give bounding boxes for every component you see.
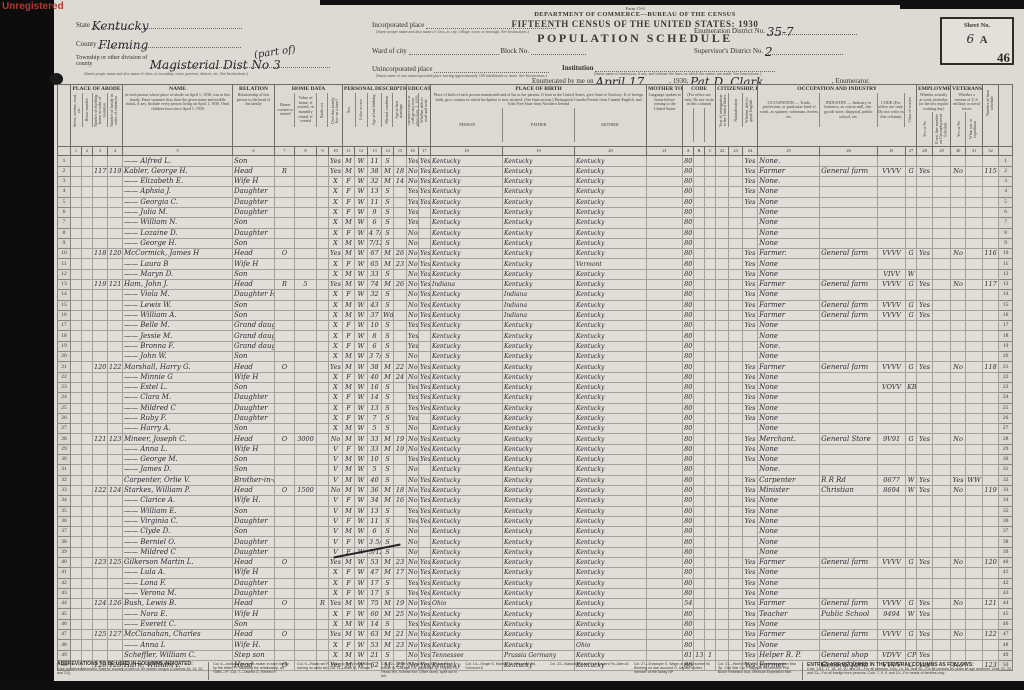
table-cell: [295, 424, 317, 434]
table-cell: [694, 310, 705, 320]
table-cell: No: [407, 249, 419, 259]
table-cell: Yes: [419, 187, 431, 197]
table-cell: [394, 547, 407, 557]
table-cell: [820, 444, 878, 454]
table-cell: Kentucky: [575, 619, 647, 629]
table-cell: Daughter: [233, 588, 275, 598]
table-cell: S: [382, 290, 394, 300]
table-cell: [729, 434, 743, 444]
table-cell: Kentucky: [503, 444, 575, 454]
table-cell: None: [758, 403, 820, 413]
table-cell: 26: [394, 279, 407, 289]
column-number: 18: [431, 147, 503, 156]
table-cell: [647, 444, 683, 454]
table-cell: [729, 372, 743, 382]
table-cell: [906, 177, 917, 187]
table-cell: 32: [999, 475, 1013, 485]
column-number: 17: [419, 147, 431, 156]
table-cell: [966, 465, 983, 475]
table-cell: Kentucky: [431, 207, 503, 217]
table-cell: Wife H: [233, 259, 275, 269]
table-cell: [917, 269, 933, 279]
table-cell: Yes: [743, 403, 758, 413]
table-cell: S: [382, 269, 394, 279]
table-cell: [743, 547, 758, 557]
table-cell: 5: [368, 424, 382, 434]
table-cell: 45: [999, 609, 1013, 619]
table-cell: [705, 269, 716, 279]
column-number: [999, 147, 1013, 156]
table-cell: 80: [683, 485, 694, 495]
population-schedule-grid: PLACE OF ABODEStreet, avenue, road, etc.…: [57, 84, 1013, 671]
table-cell: [647, 259, 683, 269]
table-cell: [878, 537, 906, 547]
table-cell: [71, 393, 82, 403]
table-cell: Kentucky: [575, 156, 647, 166]
table-cell: Kentucky: [431, 197, 503, 207]
table-cell: [951, 269, 966, 279]
table-cell: [275, 609, 295, 619]
table-cell: Kentucky: [503, 413, 575, 423]
table-cell: [317, 300, 329, 310]
table-cell: 7: [999, 218, 1013, 228]
table-cell: [906, 465, 917, 475]
table-cell: [716, 382, 729, 392]
table-cell: Kentucky: [503, 228, 575, 238]
table-cell: No: [407, 310, 419, 320]
table-cell: [705, 547, 716, 557]
table-cell: [394, 413, 407, 423]
table-cell: Yes: [743, 249, 758, 259]
table-cell: W: [906, 609, 917, 619]
table-cell: Kentucky: [431, 424, 503, 434]
table-cell: [716, 424, 729, 434]
table-cell: [729, 279, 743, 289]
table-cell: [93, 382, 108, 392]
table-cell: 23: [999, 382, 1013, 392]
table-cell: [317, 269, 329, 279]
table-cell: Farmer.: [758, 249, 820, 259]
table-cell: W: [355, 187, 368, 197]
table-cell: [966, 393, 983, 403]
table-cell: [647, 609, 683, 619]
table-cell: W: [906, 475, 917, 485]
table-cell: Kentucky: [503, 187, 575, 197]
table-cell: No: [407, 372, 419, 382]
table-cell: [317, 310, 329, 320]
table-cell: Wife H: [233, 568, 275, 578]
table-cell: Yes: [743, 485, 758, 495]
table-cell: [82, 424, 93, 434]
table-cell: X: [329, 352, 343, 362]
table-cell: 47: [999, 630, 1013, 640]
table-cell: [71, 362, 82, 372]
table-cell: [275, 331, 295, 341]
table-cell: X: [329, 568, 343, 578]
table-cell: —— Lewis W.: [123, 300, 233, 310]
table-cell: [275, 228, 295, 238]
table-cell: 23: [394, 259, 407, 269]
column-number: [58, 147, 71, 156]
column-group-employment: EMPLOYMENTWhether actually at work yeste…: [917, 85, 951, 147]
table-cell: [694, 475, 705, 485]
table-cell: [694, 238, 705, 248]
table-cell: [729, 156, 743, 166]
table-cell: [394, 331, 407, 341]
table-cell: [917, 444, 933, 454]
table-cell: 31: [999, 465, 1013, 475]
table-cell: [275, 455, 295, 465]
table-row: 45—— Nora E.Wife HXFW60M25NoYesKentuckyK…: [58, 609, 1013, 619]
table-cell: [694, 455, 705, 465]
table-cell: [878, 403, 906, 413]
table-cell: [295, 558, 317, 568]
column-header: Class of worker: [908, 97, 912, 122]
table-cell: [108, 238, 123, 248]
unincorporated-label: Unincorporated place: [372, 65, 432, 73]
column-header: Sex: [347, 107, 351, 113]
abbreviation-column: Col. 9—Radio set R. Make no entry for fa…: [297, 662, 377, 680]
table-cell: [317, 341, 329, 351]
table-cell: —— Virginia C.: [123, 516, 233, 526]
table-cell: [933, 197, 951, 207]
table-cell: No: [407, 568, 419, 578]
table-cell: [743, 238, 758, 248]
table-cell: [71, 609, 82, 619]
table-cell: [729, 516, 743, 526]
table-cell: M: [382, 640, 394, 650]
table-cell: [878, 496, 906, 506]
column-header: FATHER: [531, 123, 547, 128]
table-cell: [878, 619, 906, 629]
table-cell: None: [758, 516, 820, 526]
table-cell: [966, 207, 983, 217]
table-cell: None: [758, 259, 820, 269]
table-cell: W: [906, 485, 917, 495]
table-cell: 37: [368, 310, 382, 320]
table-cell: M: [382, 630, 394, 640]
table-cell: —— Anna L.: [123, 444, 233, 454]
table-cell: [394, 290, 407, 300]
table-cell: O: [275, 599, 295, 609]
table-cell: [295, 475, 317, 485]
table-cell: [694, 393, 705, 403]
table-cell: [951, 290, 966, 300]
table-cell: [82, 300, 93, 310]
table-cell: [647, 558, 683, 568]
table-cell: S: [382, 382, 394, 392]
table-cell: None: [758, 537, 820, 547]
table-cell: [317, 228, 329, 238]
table-cell: [108, 259, 123, 269]
column-header: OCCUPATION — Trade, profession, or parti…: [759, 101, 819, 119]
table-cell: [878, 516, 906, 526]
table-cell: [705, 207, 716, 217]
table-cell: VVVV: [878, 166, 906, 176]
table-cell: 80: [683, 290, 694, 300]
table-cell: —— Clara M.: [123, 393, 233, 403]
table-cell: [82, 640, 93, 650]
table-cell: No: [407, 279, 419, 289]
ward-label: Ward of city: [372, 47, 407, 55]
table-cell: Yes: [407, 382, 419, 392]
table-cell: 24: [394, 372, 407, 382]
table-cell: W: [355, 207, 368, 217]
table-cell: R: [275, 279, 295, 289]
table-cell: [906, 218, 917, 228]
table-cell: S: [382, 197, 394, 207]
table-cell: [694, 197, 705, 207]
table-cell: 80: [683, 403, 694, 413]
table-cell: Step son: [233, 650, 275, 660]
table-cell: —— George H.: [123, 238, 233, 248]
table-cell: [694, 609, 705, 619]
table-cell: 80: [683, 207, 694, 217]
table-cell: None.: [758, 156, 820, 166]
table-cell: 6: [58, 207, 71, 217]
table-cell: [71, 166, 82, 176]
table-cell: [729, 207, 743, 217]
table-cell: W: [355, 362, 368, 372]
table-cell: Kentucky: [503, 321, 575, 331]
table-cell: 39: [999, 547, 1013, 557]
table-cell: 5: [295, 279, 317, 289]
table-cell: [295, 362, 317, 372]
table-cell: [966, 187, 983, 197]
table-row: 12—— Maryn D.SonXMW33SNoYesKentuckyKentu…: [58, 269, 1013, 279]
table-row: 25—— Mildred CDaughterXFW13SYesYesKentuc…: [58, 403, 1013, 413]
table-cell: [694, 547, 705, 557]
table-cell: 36: [58, 516, 71, 526]
table-cell: Yes: [419, 455, 431, 465]
table-cell: [394, 527, 407, 537]
table-cell: [966, 444, 983, 454]
table-cell: [933, 341, 951, 351]
table-cell: [966, 238, 983, 248]
table-cell: [820, 372, 878, 382]
table-cell: [933, 496, 951, 506]
table-cell: Yes: [917, 279, 933, 289]
table-cell: W: [355, 496, 368, 506]
table-cell: [275, 218, 295, 228]
table-cell: Farmer: [758, 310, 820, 320]
table-cell: [295, 403, 317, 413]
column-header: House number: [85, 98, 89, 121]
table-cell: Kentucky: [503, 393, 575, 403]
table-cell: Yes: [419, 650, 431, 660]
table-cell: [716, 506, 729, 516]
table-cell: Kentucky: [575, 279, 647, 289]
column-header: Yes or No: [957, 121, 961, 137]
table-cell: None: [758, 547, 820, 557]
table-cell: Yes: [743, 640, 758, 650]
table-cell: 30: [999, 455, 1013, 465]
table-cell: V: [329, 516, 343, 526]
table-cell: [951, 609, 966, 619]
table-cell: [983, 259, 999, 269]
table-cell: [983, 455, 999, 465]
table-cell: [647, 156, 683, 166]
table-cell: [729, 547, 743, 557]
table-cell: [694, 269, 705, 279]
table-cell: Yes: [743, 434, 758, 444]
table-cell: W: [355, 619, 368, 629]
table-cell: [705, 444, 716, 454]
table-cell: [93, 300, 108, 310]
table-cell: 80: [683, 372, 694, 382]
table-cell: [108, 310, 123, 320]
table-cell: V: [329, 465, 343, 475]
table-cell: [647, 352, 683, 362]
table-cell: M: [382, 279, 394, 289]
table-cell: [647, 300, 683, 310]
table-cell: 19: [394, 444, 407, 454]
table-cell: Daughter: [233, 413, 275, 423]
table-cell: [694, 207, 705, 217]
table-cell: [983, 156, 999, 166]
table-cell: [983, 527, 999, 537]
table-cell: Yes: [743, 177, 758, 187]
table-cell: [275, 465, 295, 475]
table-cell: 49: [58, 650, 71, 660]
table-cell: [694, 372, 705, 382]
table-cell: [295, 341, 317, 351]
table-cell: [966, 413, 983, 423]
table-row: 11—— Laura BWife HXFW65M23NoYesKentuckyK…: [58, 259, 1013, 269]
table-cell: M: [343, 599, 355, 609]
table-cell: [906, 588, 917, 598]
table-cell: [878, 527, 906, 537]
table-cell: [394, 382, 407, 392]
table-cell: [419, 424, 431, 434]
table-cell: [729, 382, 743, 392]
table-cell: 18: [999, 331, 1013, 341]
table-cell: [729, 527, 743, 537]
table-cell: Kentucky: [503, 341, 575, 351]
table-row: 13119121Ham, John J.HeadR5YesMW74M26NoYe…: [58, 279, 1013, 289]
table-row: 47125127McClanahan, CharlesHeadOYesMW63M…: [58, 630, 1013, 640]
table-cell: 23: [58, 382, 71, 392]
table-cell: Head: [233, 558, 275, 568]
table-cell: [419, 228, 431, 238]
table-cell: [419, 238, 431, 248]
table-cell: [108, 650, 123, 660]
table-cell: 5: [58, 197, 71, 207]
census-table: PLACE OF ABODEStreet, avenue, road, etc.…: [57, 84, 1012, 671]
table-cell: No: [407, 640, 419, 650]
table-cell: VVVV: [878, 310, 906, 320]
table-cell: 6: [368, 527, 382, 537]
table-cell: 26: [394, 249, 407, 259]
table-cell: Kentucky: [431, 588, 503, 598]
table-cell: Yes: [419, 403, 431, 413]
table-cell: Yes: [407, 341, 419, 351]
table-cell: [295, 382, 317, 392]
table-cell: [705, 485, 716, 495]
table-cell: M: [343, 362, 355, 372]
table-cell: [71, 403, 82, 413]
table-cell: [71, 547, 82, 557]
table-cell: [71, 475, 82, 485]
table-cell: [878, 207, 906, 217]
table-cell: 115: [983, 166, 999, 176]
table-cell: [275, 403, 295, 413]
table-cell: [951, 413, 966, 423]
table-cell: Kentucky: [503, 177, 575, 187]
table-cell: [275, 527, 295, 537]
table-cell: [716, 455, 729, 465]
table-cell: [108, 547, 123, 557]
table-cell: [295, 197, 317, 207]
table-cell: M: [382, 558, 394, 568]
table-cell: [275, 372, 295, 382]
table-cell: [716, 177, 729, 187]
table-cell: [705, 413, 716, 423]
table-cell: [729, 310, 743, 320]
table-cell: W: [355, 269, 368, 279]
table-cell: Yes: [743, 630, 758, 640]
table-cell: 19: [394, 599, 407, 609]
table-cell: None: [758, 619, 820, 629]
table-cell: Yes: [917, 609, 933, 619]
table-cell: [694, 352, 705, 362]
table-cell: W: [355, 331, 368, 341]
table-cell: [729, 197, 743, 207]
table-cell: [820, 228, 878, 238]
table-cell: Vermont: [575, 259, 647, 269]
table-cell: [933, 578, 951, 588]
table-cell: [933, 403, 951, 413]
table-cell: [317, 485, 329, 495]
table-cell: 119: [108, 166, 123, 176]
table-cell: 24: [58, 393, 71, 403]
table-cell: S: [382, 588, 394, 598]
table-cell: Kentucky: [575, 485, 647, 495]
table-cell: [295, 238, 317, 248]
table-cell: F: [343, 413, 355, 423]
table-cell: Kentucky: [575, 300, 647, 310]
table-cell: [93, 197, 108, 207]
block-label: Block No.: [500, 47, 529, 55]
table-cell: [394, 475, 407, 485]
table-cell: X: [329, 331, 343, 341]
table-cell: 80: [683, 578, 694, 588]
table-cell: [983, 403, 999, 413]
table-cell: [820, 177, 878, 187]
table-cell: [716, 331, 729, 341]
table-cell: [951, 516, 966, 526]
table-cell: [951, 578, 966, 588]
table-cell: —— Belle M.: [123, 321, 233, 331]
table-cell: [71, 331, 82, 341]
table-cell: [108, 393, 123, 403]
table-cell: Kentucky: [503, 269, 575, 279]
table-cell: [933, 166, 951, 176]
table-cell: [983, 506, 999, 516]
table-cell: [71, 496, 82, 506]
table-cell: G: [906, 279, 917, 289]
table-cell: [295, 506, 317, 516]
table-cell: [317, 166, 329, 176]
table-cell: [647, 506, 683, 516]
table-cell: None: [758, 352, 820, 362]
table-cell: [694, 506, 705, 516]
table-cell: Head: [233, 249, 275, 259]
table-cell: —— Aphsia J.: [123, 187, 233, 197]
table-cell: [93, 372, 108, 382]
table-cell: Kentucky: [503, 558, 575, 568]
table-cell: M: [343, 218, 355, 228]
